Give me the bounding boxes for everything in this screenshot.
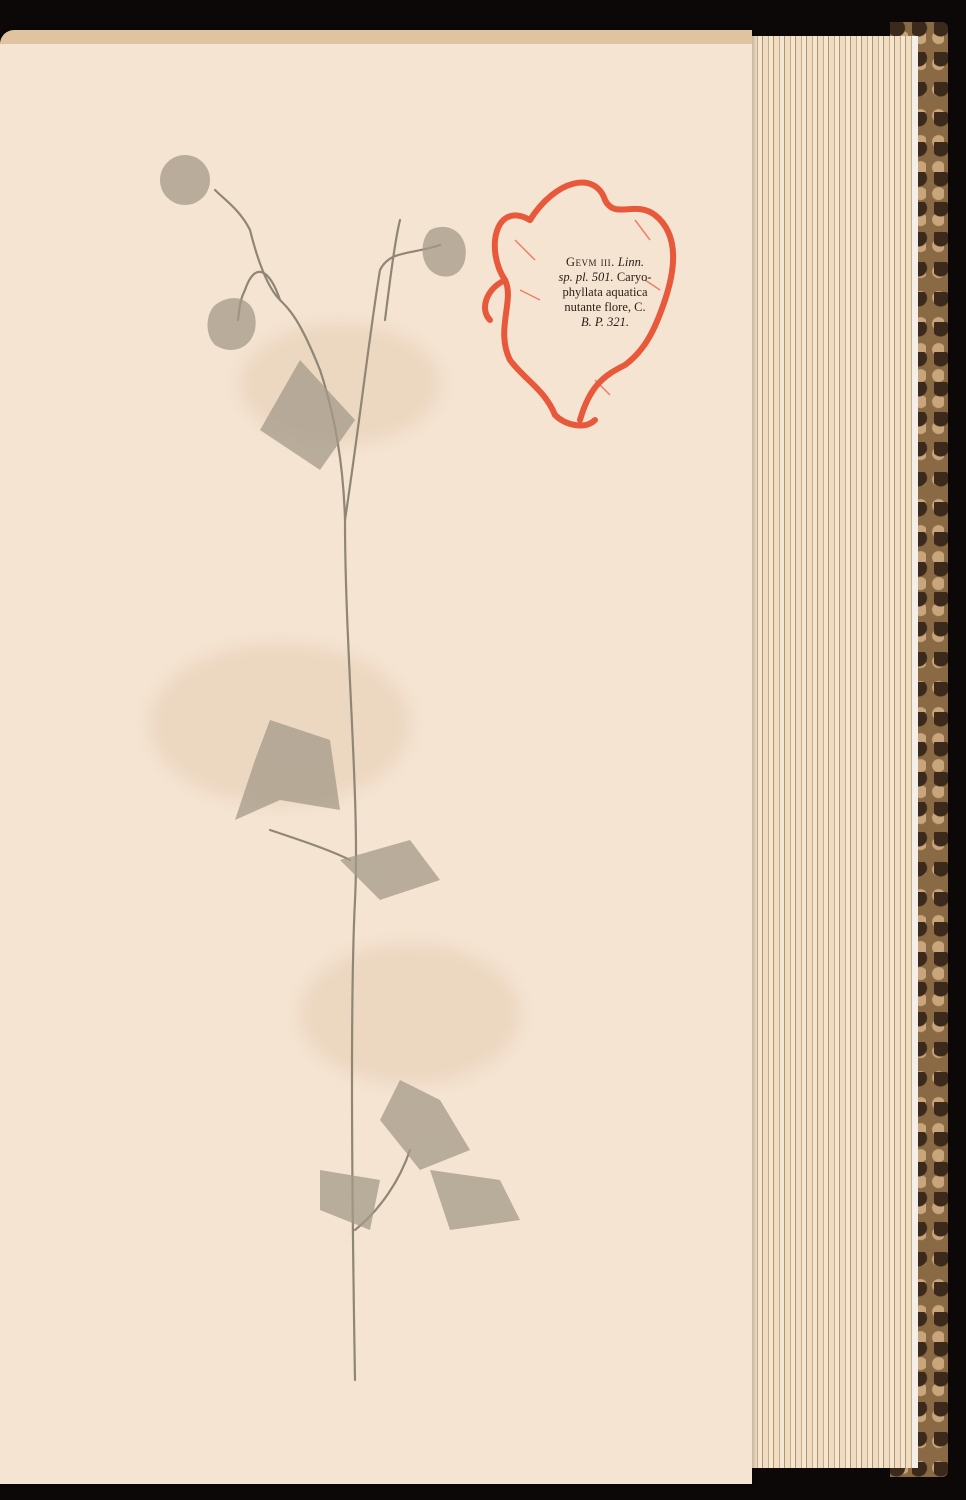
label-genus: Gevm iii.: [566, 255, 615, 269]
label-author: Linn.: [618, 255, 644, 269]
label-reference: B. P. 321.: [581, 315, 629, 329]
seed-head: [160, 155, 210, 205]
specimen-label: Gevm iii. Linn. sp. pl. 501. Caryo- phyl…: [535, 255, 675, 330]
label-reference: sp. pl. 501.: [558, 270, 613, 284]
label-text: Caryo-: [617, 270, 652, 284]
label-text: phyllata aquatica: [562, 285, 647, 299]
label-text: nutante flore, C.: [564, 300, 645, 314]
